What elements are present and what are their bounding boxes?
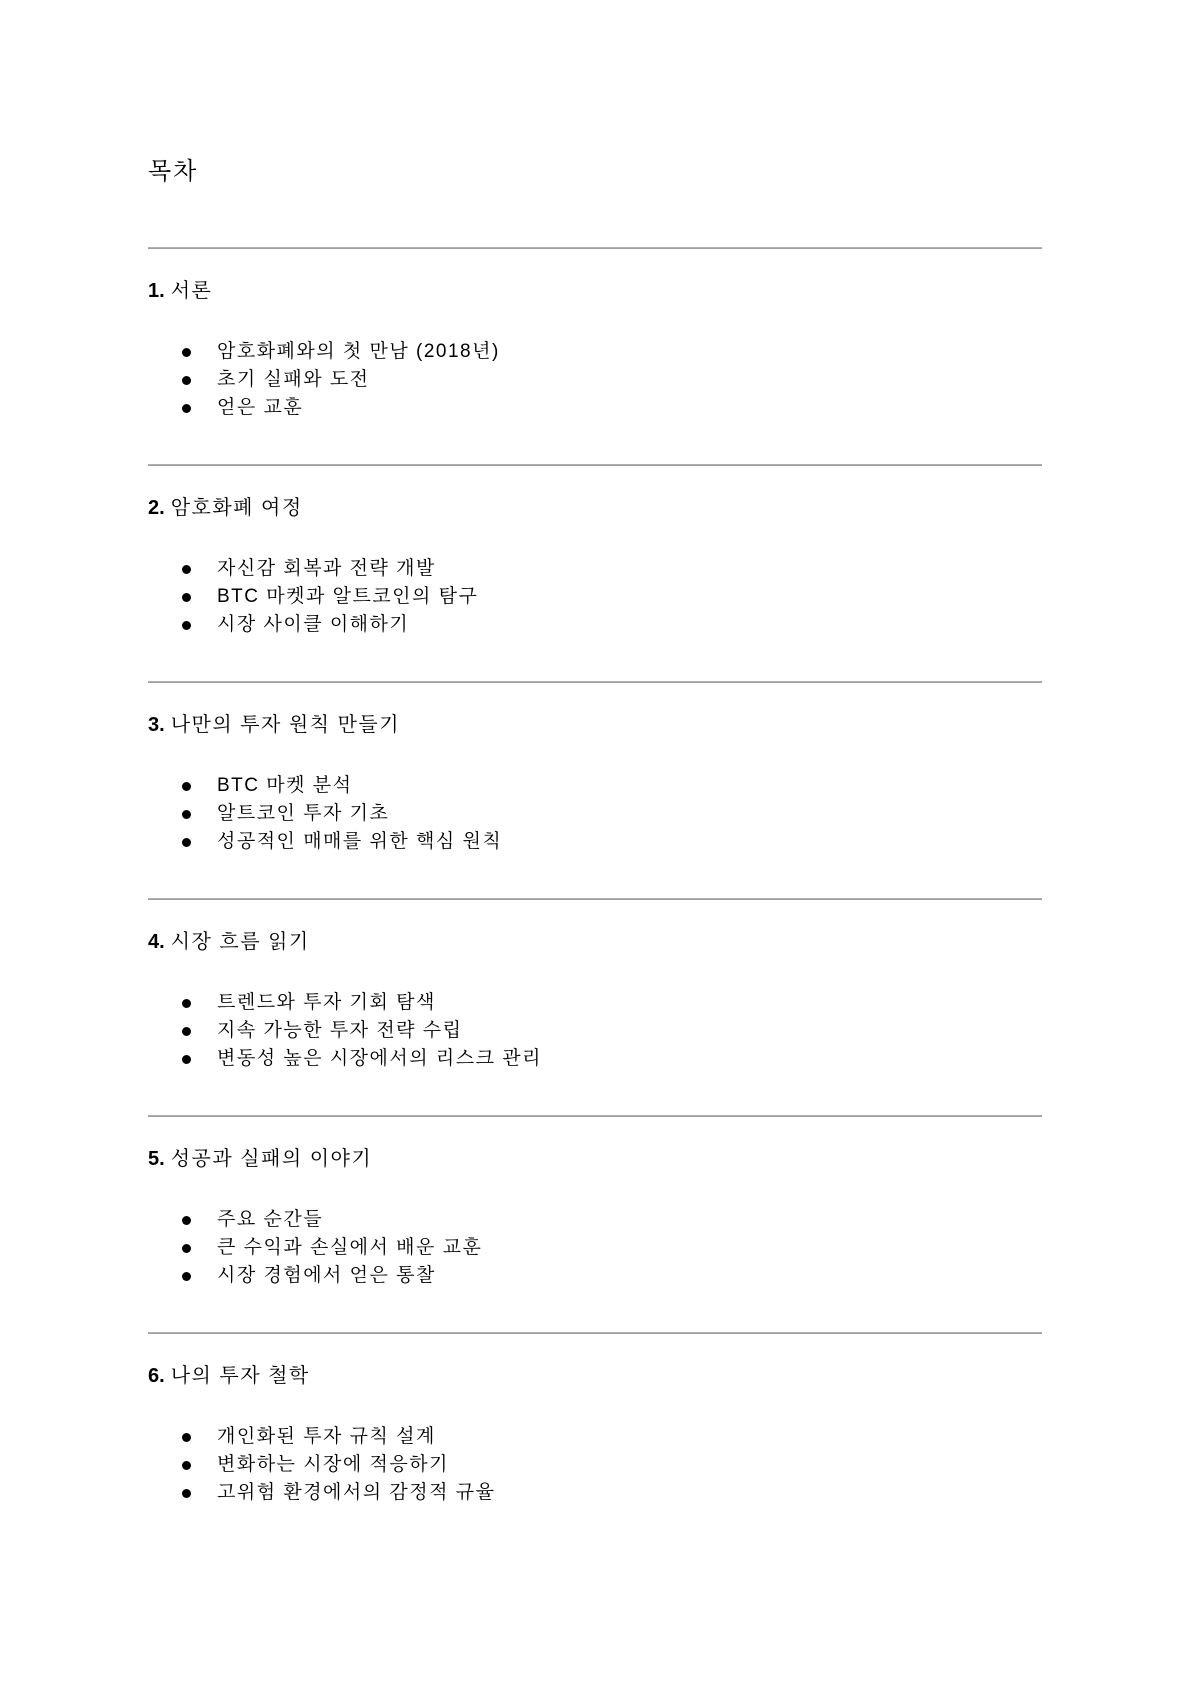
list-item: BTC 마켓과 알트코인의 탐구 [148,583,1042,611]
section-item-list-3: BTC 마켓 분석 알트코인 투자 기초 성공적인 매매를 위한 핵심 원칙 [148,772,1042,856]
list-item-text: 트렌드와 투자 기회 탐색 [217,992,436,1013]
horizontal-rule [148,681,1042,683]
section-heading-1: 1.서론 [148,278,1042,304]
bullet-icon [182,1055,191,1064]
bullet-icon [182,621,191,630]
bullet-icon [182,593,191,602]
bullet-icon [182,565,191,574]
bullet-icon [182,810,191,819]
list-item: 얻은 교훈 [148,394,1042,422]
bullet-icon [182,1027,191,1036]
section-number: 5. [148,1148,165,1170]
section-number: 6. [148,1365,165,1387]
list-item: 초기 실패와 도전 [148,366,1042,394]
horizontal-rule [148,1115,1042,1117]
section-title: 서론 [171,280,213,302]
list-item-text: 개인화된 투자 규칙 설계 [217,1426,436,1447]
list-item-text: 암호화폐와의 첫 만남 (2018년) [217,341,500,362]
list-item-text: BTC 마켓 분석 [217,775,352,796]
list-item-text: 자신감 회복과 전략 개발 [217,558,436,579]
bullet-icon [182,1433,191,1442]
list-item-text: 얻은 교훈 [217,397,303,418]
bullet-icon [182,404,191,413]
list-item-text: 시장 경험에서 얻은 통찰 [217,1265,436,1286]
list-item-text: 초기 실패와 도전 [217,369,370,390]
bullet-icon [182,838,191,847]
bullet-icon [182,1272,191,1281]
list-item: 변화하는 시장에 적응하기 [148,1451,1042,1479]
list-item: 시장 사이클 이해하기 [148,611,1042,639]
section-item-list-1: 암호화폐와의 첫 만남 (2018년) 초기 실패와 도전 얻은 교훈 [148,338,1042,422]
section-title: 시장 흐름 읽기 [171,931,310,953]
list-item: 지속 가능한 투자 전략 수립 [148,1017,1042,1045]
section-number: 1. [148,280,165,302]
page-title: 목차 [148,158,1042,186]
bullet-icon [182,1461,191,1470]
list-item: 자신감 회복과 전략 개발 [148,555,1042,583]
section-number: 4. [148,931,165,953]
list-item-text: 고위험 환경에서의 감정적 규율 [217,1482,495,1503]
section-item-list-6: 개인화된 투자 규칙 설계 변화하는 시장에 적응하기 고위험 환경에서의 감정… [148,1423,1042,1507]
section-title: 성공과 실패의 이야기 [171,1148,373,1170]
list-item-text: 변동성 높은 시장에서의 리스크 관리 [217,1048,542,1069]
section-number: 2. [148,497,165,519]
bullet-icon [182,348,191,357]
section-heading-3: 3.나만의 투자 원칙 만들기 [148,712,1042,738]
list-item: 시장 경험에서 얻은 통찰 [148,1262,1042,1290]
list-item: 개인화된 투자 규칙 설계 [148,1423,1042,1451]
bullet-icon [182,1489,191,1498]
horizontal-rule [148,1332,1042,1334]
bullet-icon [182,1244,191,1253]
list-item-text: 지속 가능한 투자 전략 수립 [217,1020,463,1041]
list-item: 성공적인 매매를 위한 핵심 원칙 [148,828,1042,856]
bullet-icon [182,999,191,1008]
section-item-list-2: 자신감 회복과 전략 개발 BTC 마켓과 알트코인의 탐구 시장 사이클 이해… [148,555,1042,639]
bullet-icon [182,782,191,791]
horizontal-rule [148,247,1042,249]
list-item: 알트코인 투자 기초 [148,800,1042,828]
list-item-text: 큰 수익과 손실에서 배운 교훈 [217,1237,482,1258]
horizontal-rule [148,464,1042,466]
bullet-icon [182,376,191,385]
list-item: 주요 순간들 [148,1206,1042,1234]
horizontal-rule [148,898,1042,900]
bullet-icon [182,1216,191,1225]
list-item: 암호화폐와의 첫 만남 (2018년) [148,338,1042,366]
list-item-text: 성공적인 매매를 위한 핵심 원칙 [217,831,502,852]
section-heading-5: 5.성공과 실패의 이야기 [148,1146,1042,1172]
section-heading-4: 4.시장 흐름 읽기 [148,929,1042,955]
section-heading-6: 6.나의 투자 철학 [148,1363,1042,1389]
list-item: 큰 수익과 손실에서 배운 교훈 [148,1234,1042,1262]
list-item: 고위험 환경에서의 감정적 규율 [148,1479,1042,1507]
list-item: 변동성 높은 시장에서의 리스크 관리 [148,1045,1042,1073]
section-heading-2: 2.암호화폐 여정 [148,495,1042,521]
section-item-list-4: 트렌드와 투자 기회 탐색 지속 가능한 투자 전략 수립 변동성 높은 시장에… [148,989,1042,1073]
list-item-text: 주요 순간들 [217,1209,323,1230]
section-title: 암호화폐 여정 [171,497,303,519]
list-item-text: BTC 마켓과 알트코인의 탐구 [217,586,478,607]
list-item: 트렌드와 투자 기회 탐색 [148,989,1042,1017]
section-number: 3. [148,714,165,736]
list-item-text: 시장 사이클 이해하기 [217,614,409,635]
list-item-text: 변화하는 시장에 적응하기 [217,1454,449,1475]
section-title: 나의 투자 철학 [171,1365,310,1387]
section-item-list-5: 주요 순간들 큰 수익과 손실에서 배운 교훈 시장 경험에서 얻은 통찰 [148,1206,1042,1290]
list-item-text: 알트코인 투자 기초 [217,803,389,824]
list-item: BTC 마켓 분석 [148,772,1042,800]
section-title: 나만의 투자 원칙 만들기 [171,714,400,736]
document-page: 목차 1.서론 암호화폐와의 첫 만남 (2018년) 초기 실패와 도전 얻은… [0,0,1192,1684]
